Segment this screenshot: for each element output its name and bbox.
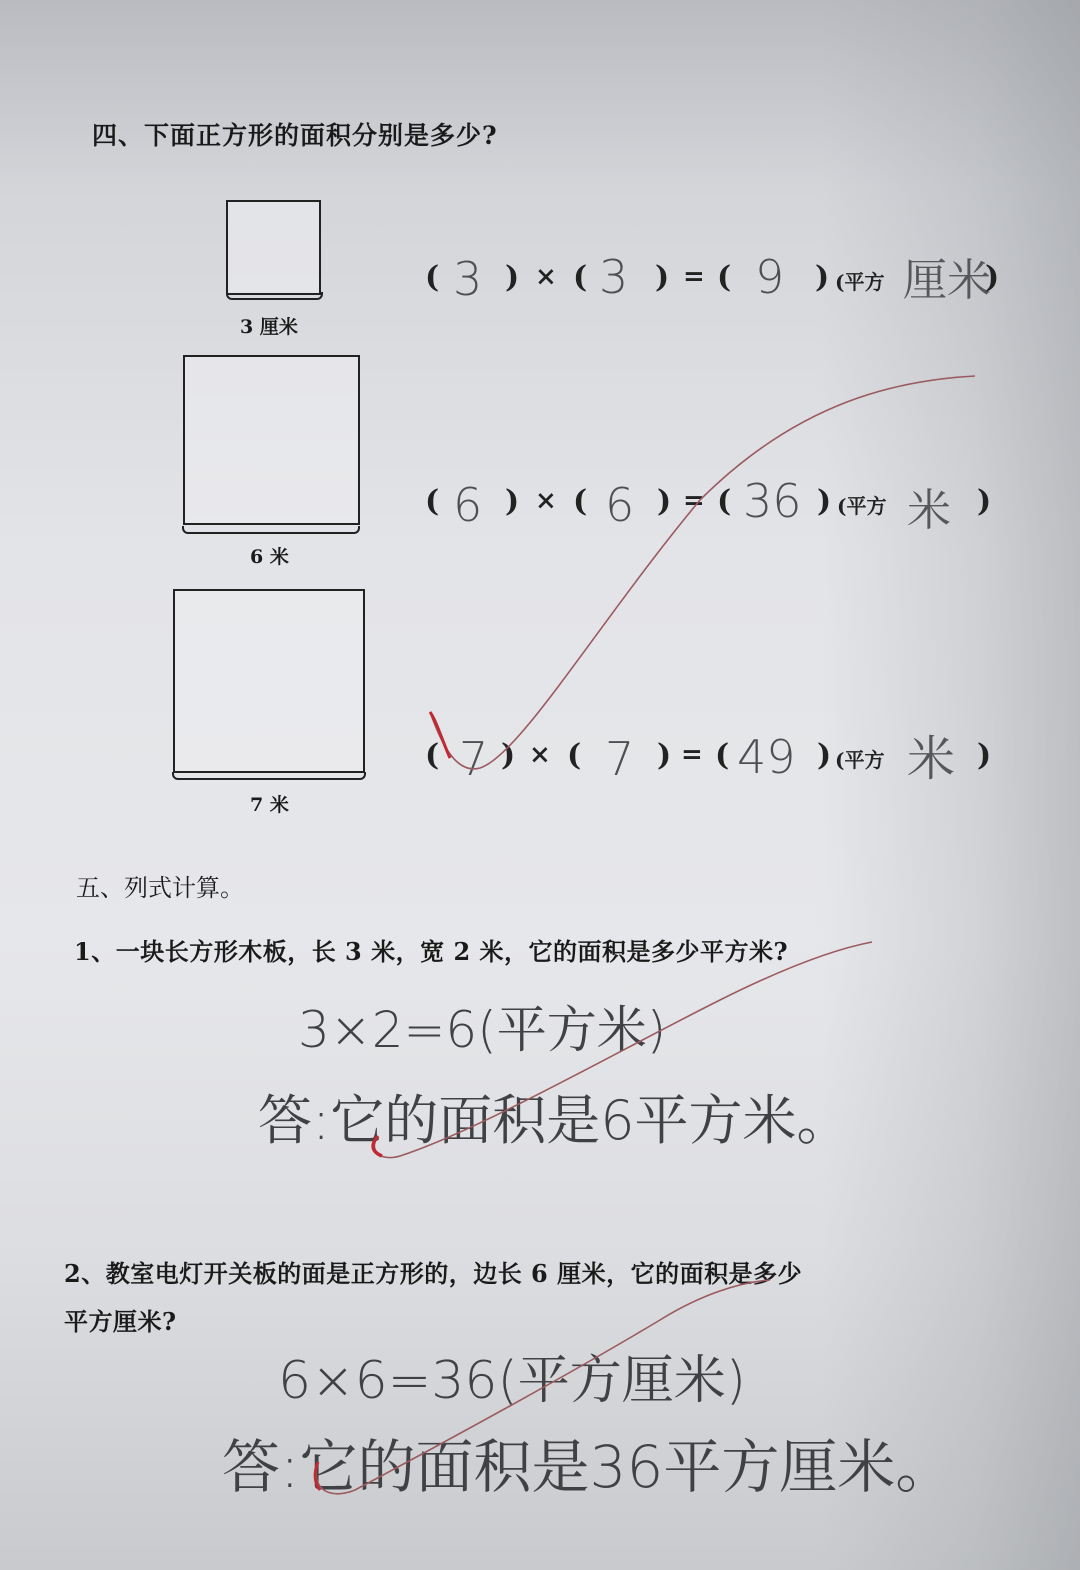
problem-1-question: 1、一块长方形木板，长 3 米，宽 2 米，它的面积是多少平方米? — [74, 932, 788, 967]
dimension-brace — [226, 292, 323, 300]
answer-area: 36 — [743, 474, 802, 528]
square-label-7m: 7 米 — [250, 790, 289, 817]
equation-row-3: ( 7 ) × ( 7 ) = ( 49 ) (平方 米 ) — [425, 726, 1005, 786]
answer-side-b: 7 — [605, 732, 634, 786]
answer-unit: 厘米 — [903, 244, 991, 308]
problem-1-answer: 答:它的面积是6平方米。 — [258, 1078, 851, 1155]
answer-side-b: 6 — [605, 478, 634, 532]
answer-unit: 米 — [907, 474, 951, 538]
section5-title: 五、列式计算。 — [76, 868, 244, 903]
problem-2-work: 6×6=36(平方厘米) — [278, 1338, 746, 1413]
square-7m — [173, 589, 365, 773]
answer-area: 49 — [737, 730, 796, 784]
equation-row-2: ( 6 ) × ( 6 ) = ( 36 ) (平方 米 ) — [425, 472, 1005, 532]
answer-area: 9 — [755, 250, 784, 304]
dimension-brace — [182, 526, 360, 534]
equation-row-1: ( 3 ) × ( 3 ) = ( 9 ) (平方 厘米 ) — [425, 248, 1005, 308]
square-6m — [183, 355, 360, 525]
problem-2-question-line1: 2、教室电灯开关板的面是正方形的，边长 6 厘米，它的面积是多少 — [64, 1254, 802, 1289]
problem-2-answer: 答:它的面积是36平方厘米。 — [222, 1420, 953, 1504]
answer-unit: 米 — [907, 720, 955, 789]
square-label-3cm: 3 厘米 — [240, 312, 298, 339]
section4-title: 四、下面正方形的面积分别是多少? — [92, 116, 498, 152]
square-3cm — [226, 200, 321, 295]
answer-side-b: 3 — [599, 250, 628, 304]
answer-side-a: 3 — [453, 252, 482, 306]
dimension-brace — [172, 772, 366, 780]
problem-2-question-line2: 平方厘米? — [64, 1302, 177, 1337]
answer-side-a: 6 — [453, 478, 482, 532]
square-label-6m: 6 米 — [250, 542, 289, 569]
answer-side-a: 7 — [459, 732, 488, 786]
check-mark-icon — [430, 376, 975, 769]
problem-1-work: 3×2=6(平方米) — [298, 990, 666, 1062]
